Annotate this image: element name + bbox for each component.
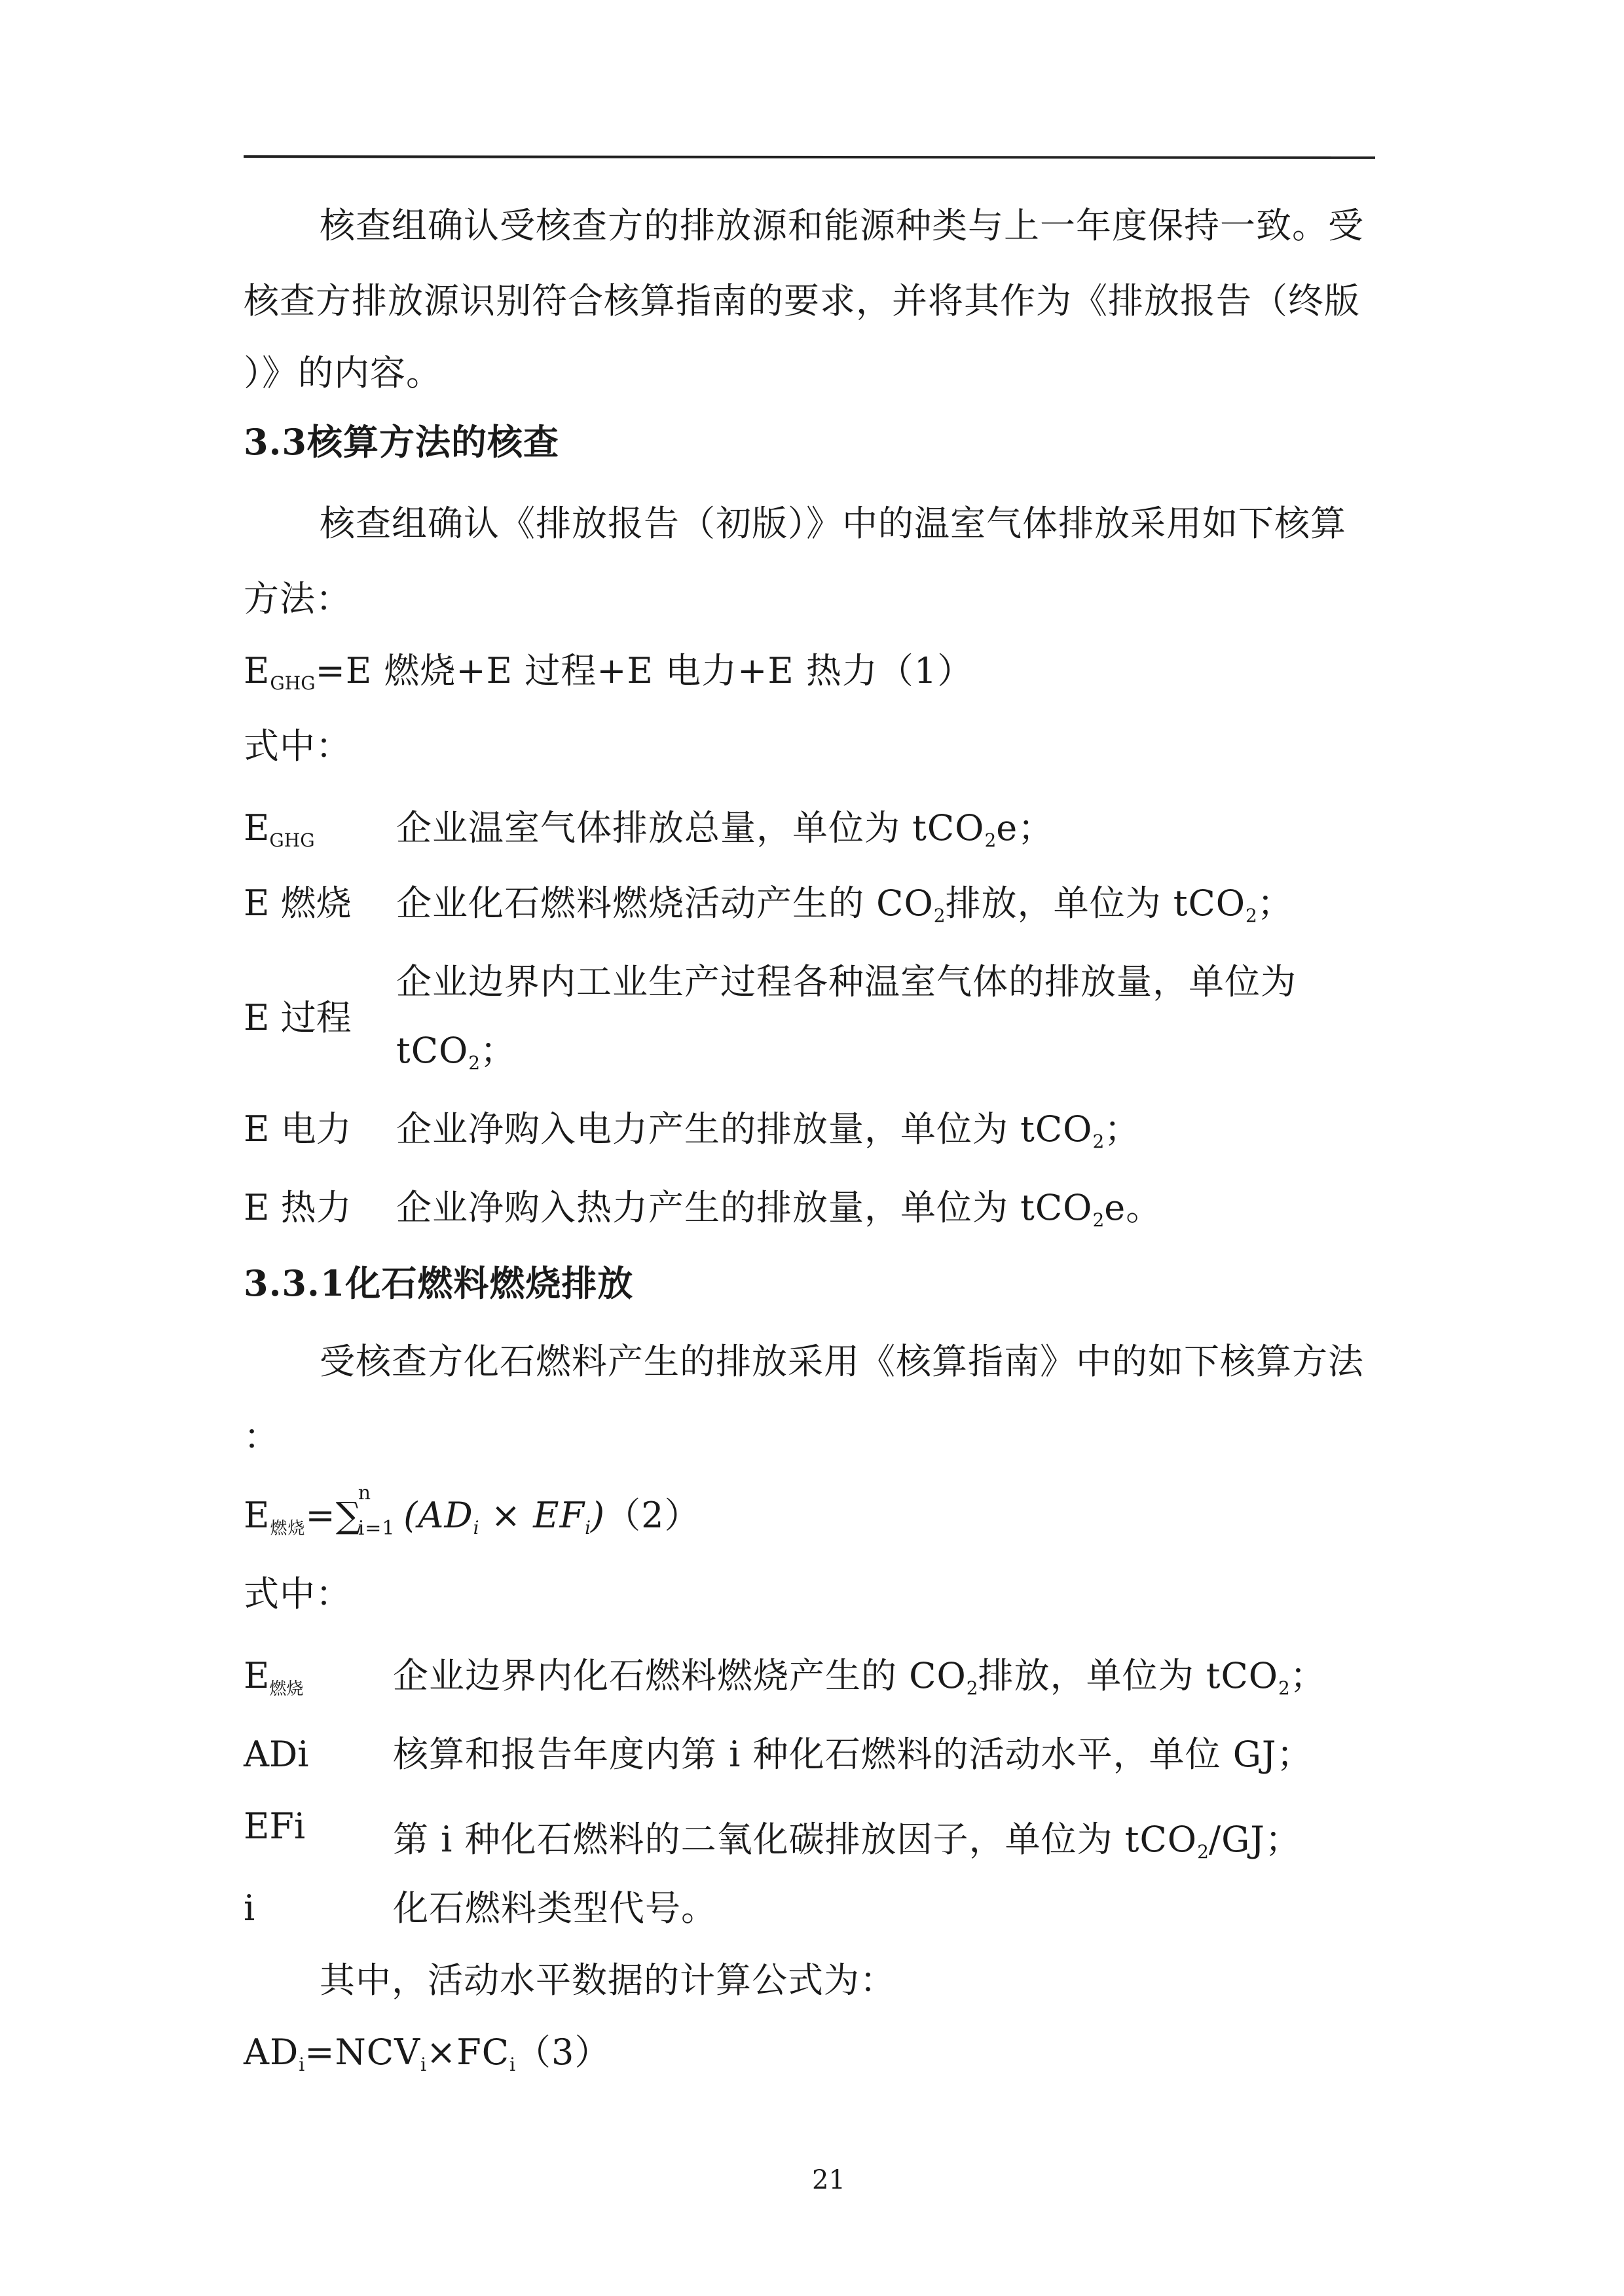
def-text-e-combustion-2: 企业边界内化石燃料燃烧产生的 CO2排放，单位为 tCO2； xyxy=(393,1653,1326,1711)
def-label-e-process: E 过程 xyxy=(244,995,352,1041)
paragraph-3-line-1: 受核查方化石燃料产生的排放采用《核算指南》中的如下核算方法 xyxy=(320,1339,1364,1385)
formula-2-lhs-sub: 燃烧 xyxy=(270,1519,305,1539)
formula-1: EGHG=E 燃烧+E 过程+E 电力+E 热力（1） xyxy=(244,648,973,706)
def-text-e-heat: 企业净购入热力产生的排放量，单位为 tCO2e。 xyxy=(396,1185,1162,1243)
def-text-efi: 第 i 种化石燃料的二氧化碳排放因子，单位为 tCO2/GJ； xyxy=(393,1817,1301,1875)
paragraph-1-line-1: 核查组确认受核查方的排放源和能源种类与上一年度保持一致。受 xyxy=(320,203,1364,249)
def-label-e-heat: E 热力 xyxy=(244,1185,352,1231)
def-text-adi: 核算和报告年度内第 i 种化石燃料的活动水平，单位 GJ； xyxy=(393,1732,1313,1777)
def-label-e-combustion-2: E燃烧 xyxy=(244,1653,303,1712)
def-text-eghg: 企业温室气体排放总量，单位为 tCO2e； xyxy=(396,805,1054,864)
def-label-efi: EFi xyxy=(244,1804,305,1850)
def-text-i: 化石燃料类型代号。 xyxy=(393,1886,717,1931)
def-text-e-electricity: 企业净购入电力产生的排放量，单位为 tCO2； xyxy=(396,1106,1140,1165)
section-heading-3-3: 3.3核算方法的核查 xyxy=(244,419,559,465)
def-text-e-process-line-2: tCO2； xyxy=(396,1028,516,1086)
def-label-eghg: EGHG xyxy=(244,805,315,864)
summation-symbol: ∑ni=1 xyxy=(336,1493,362,1539)
paragraph-3-line-2: ： xyxy=(244,1414,280,1460)
formula-1-rhs: =E 燃烧+E 过程+E 电力+E 热力（1） xyxy=(316,650,974,691)
def-label-adi: ADi xyxy=(244,1732,309,1777)
formula-1-lhs-sub: GHG xyxy=(270,672,315,694)
where-label-2: 式中： xyxy=(244,1571,352,1617)
section-heading-3-3-1: 3.3.1化石燃料燃烧排放 xyxy=(244,1260,633,1306)
def-label-e-electricity: E 电力 xyxy=(244,1106,352,1152)
def-text-e-combustion: 企业化石燃料燃烧活动产生的 CO2排放，单位为 tCO2； xyxy=(396,881,1293,939)
paragraph-2-line-2: 方法： xyxy=(244,576,352,622)
where-label-1: 式中： xyxy=(244,723,352,769)
page-number: 21 xyxy=(812,2160,845,2200)
formula-2: E燃烧=∑ni=1(ADi × EFi)（2） xyxy=(244,1493,700,1552)
formula-3: ADi=NCVi×FCi（3） xyxy=(244,2030,610,2088)
paragraph-2-line-1: 核查组确认《排放报告（初版）》中的温室气体排放采用如下核算 xyxy=(320,501,1346,547)
def-text-e-process-line-1: 企业边界内工业生产过程各种温室气体的排放量，单位为 xyxy=(396,959,1297,1005)
formula-1-lhs: E xyxy=(244,650,270,691)
paragraph-4: 其中，活动水平数据的计算公式为： xyxy=(320,1958,896,2003)
def-label-e-combustion: E 燃烧 xyxy=(244,881,352,926)
paragraph-1-line-2: 核查方排放源识别符合核算指南的要求，并将其作为《排放报告（终版 xyxy=(244,278,1360,324)
header-rule xyxy=(244,155,1375,159)
paragraph-1-line-3: ）》的内容。 xyxy=(244,350,442,396)
def-label-i: i xyxy=(244,1886,255,1931)
